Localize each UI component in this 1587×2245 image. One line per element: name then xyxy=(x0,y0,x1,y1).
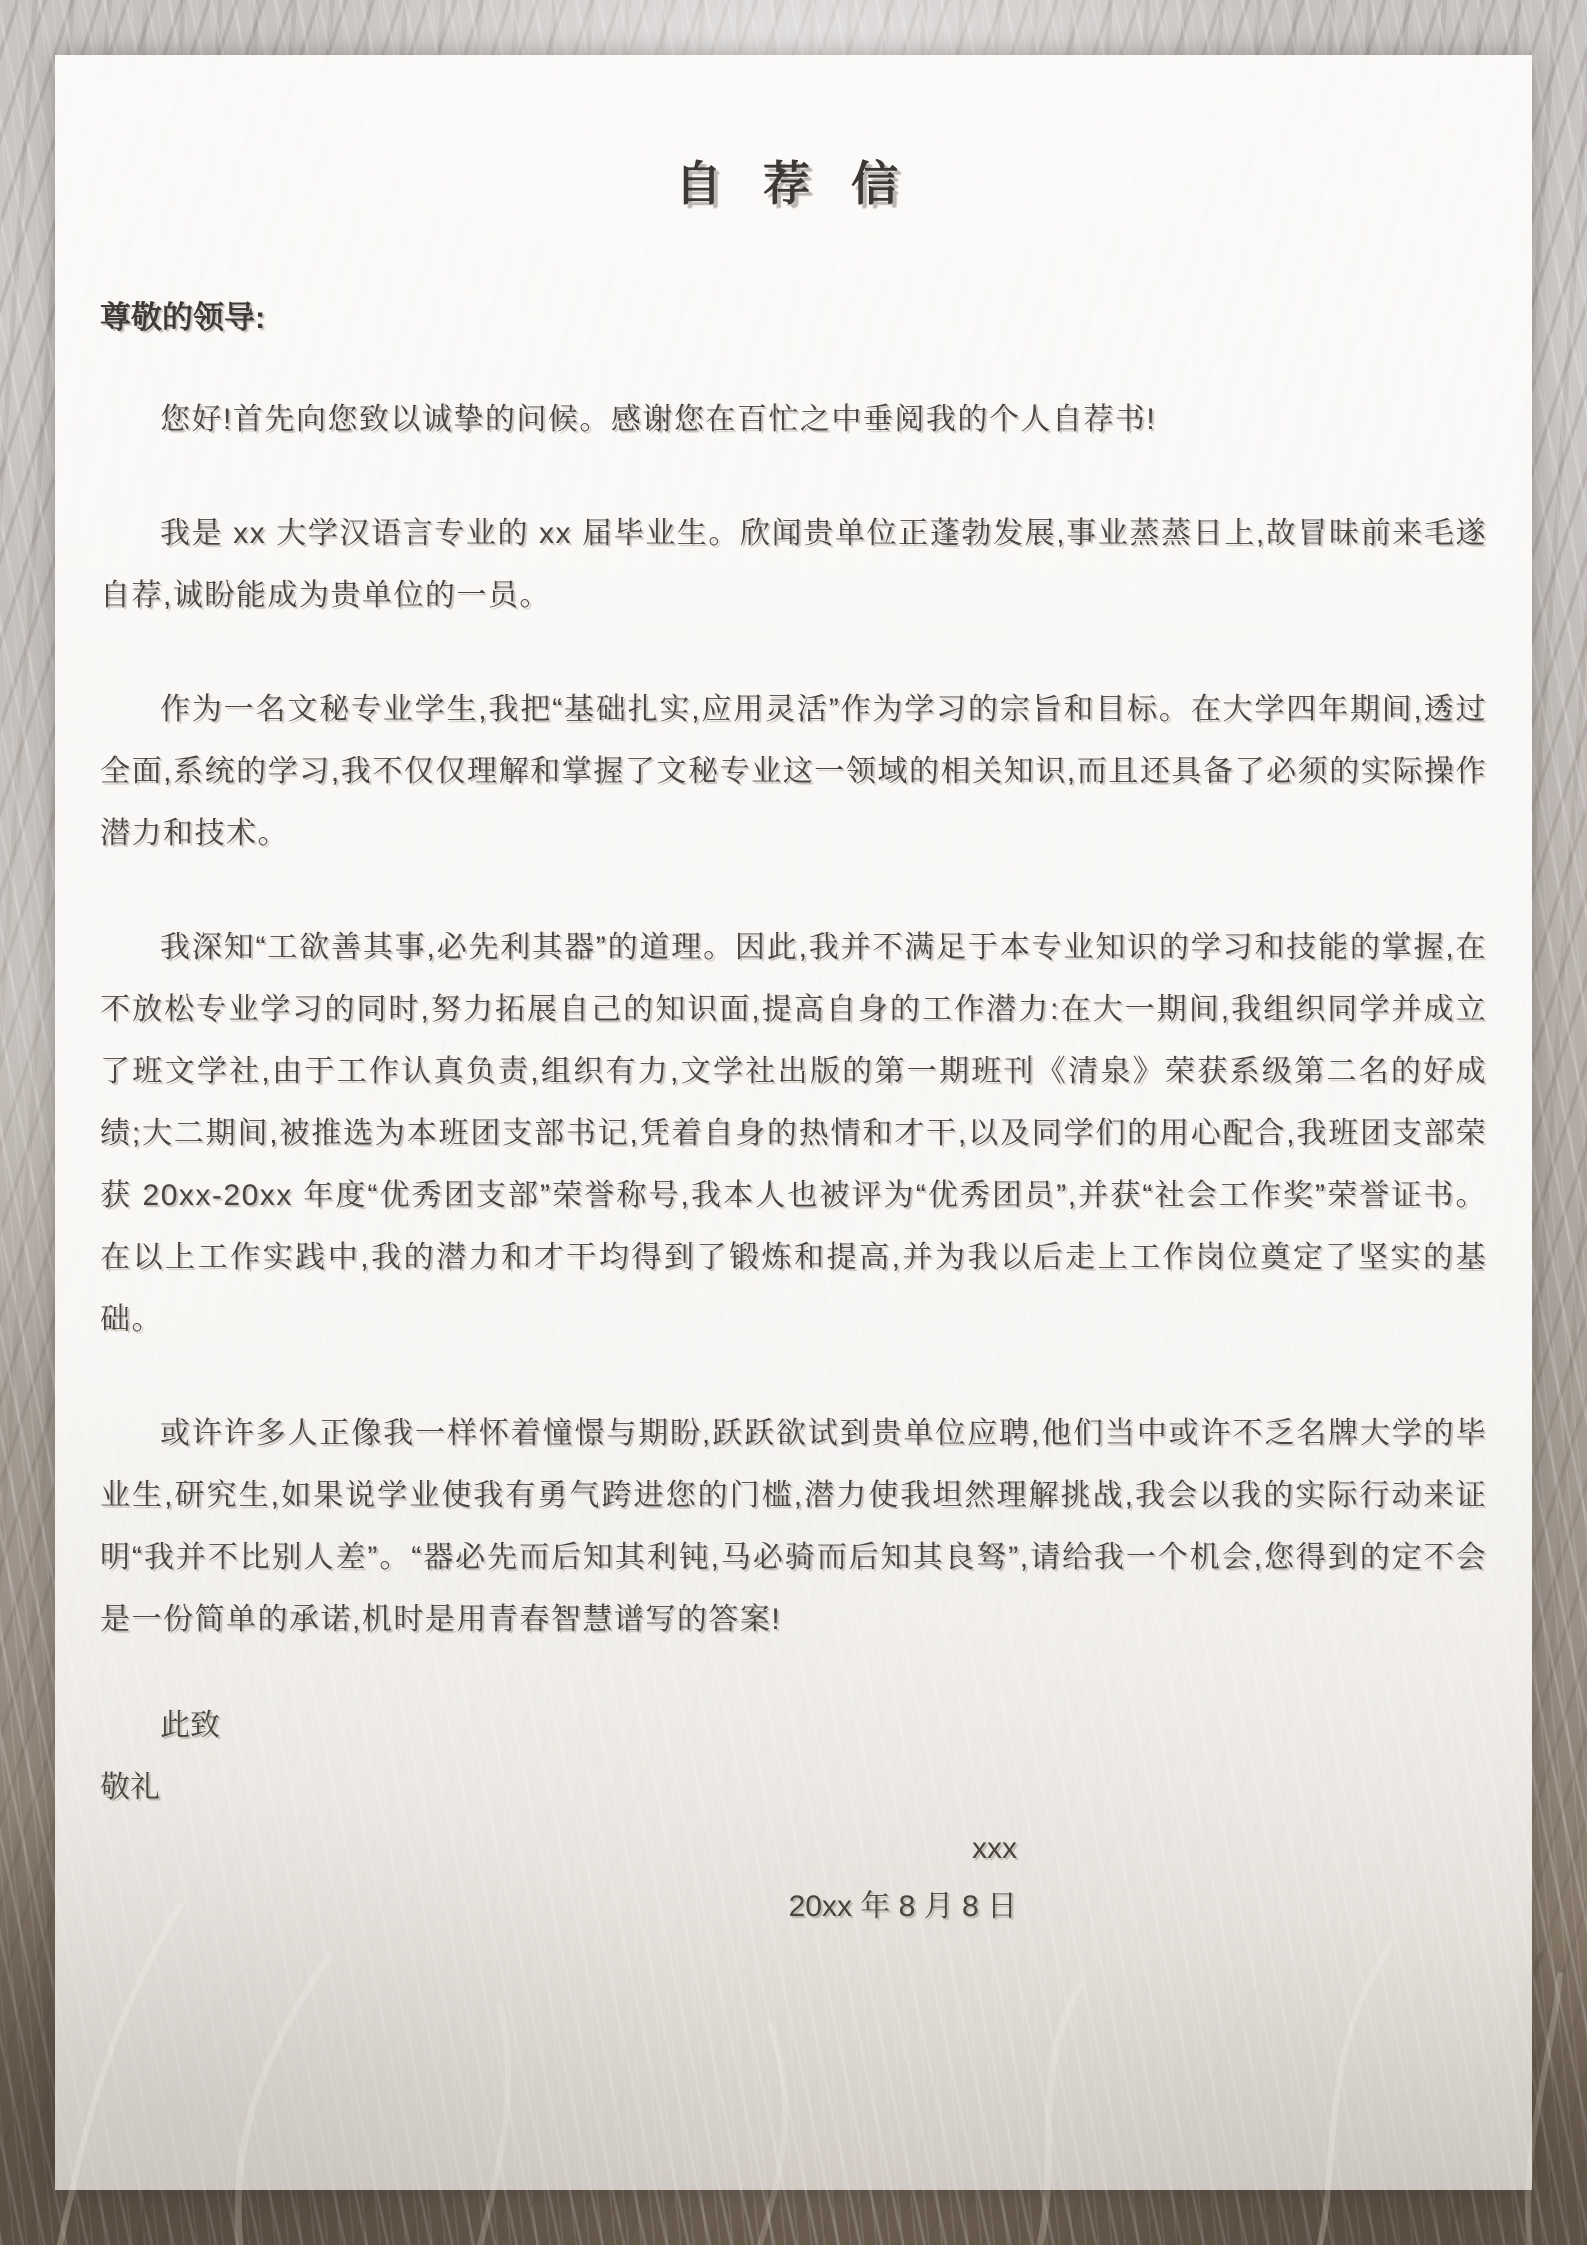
signature-name: xxx xyxy=(100,1827,1017,1871)
letter-paper: 自 荐 信 尊敬的领导: 您好!首先向您致以诚挚的问候。感谢您在百忙之中垂阅我的… xyxy=(55,55,1532,2190)
paragraph-3: 作为一名文秘专业学生,我把“基础扎实,应用灵活”作为学习的宗旨和目标。在大学四年… xyxy=(100,679,1487,865)
paragraph-5: 或许许多人正像我一样怀着憧憬与期盼,跃跃欲试到贵单位应聘,他们当中或许不乏名牌大… xyxy=(100,1403,1487,1651)
page-title: 自 荐 信 xyxy=(100,147,1487,214)
signature-date: 20xx 年 8 月 8 日 xyxy=(100,1885,1017,1929)
paragraph-2: 我是 xx 大学汉语言专业的 xx 届毕业生。欣闻贵单位正蓬勃发展,事业蒸蒸日上… xyxy=(100,503,1487,627)
paragraph-1: 您好!首先向您致以诚挚的问候。感谢您在百忙之中垂阅我的个人自荐书! xyxy=(100,389,1487,451)
letter-body: 您好!首先向您致以诚挚的问候。感谢您在百忙之中垂阅我的个人自荐书! 我是 xx … xyxy=(100,389,1487,1651)
closing-cizhi: 此致 xyxy=(100,1695,1487,1757)
greeting-line: 尊敬的领导: xyxy=(100,292,1487,337)
signature-block: xxx 20xx 年 8 月 8 日 xyxy=(100,1827,1017,1929)
closing-block: 此致 敬礼 xyxy=(100,1695,1487,1819)
closing-jingli: 敬礼 xyxy=(100,1757,1487,1819)
paragraph-4: 我深知“工欲善其事,必先利其器”的道理。因此,我并不满足于本专业知识的学习和技能… xyxy=(100,917,1487,1351)
